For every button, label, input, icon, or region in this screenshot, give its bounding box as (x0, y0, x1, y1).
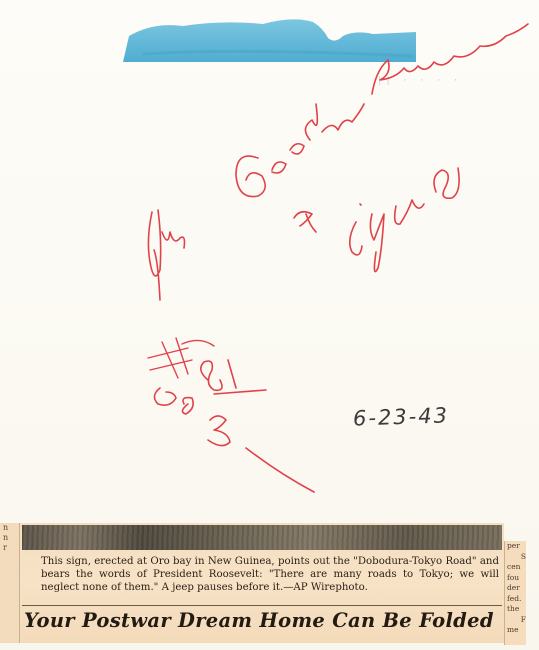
caption-text: This sign, erected at Oro bay in New Gui… (23, 555, 499, 594)
column-fragment: me (507, 625, 526, 636)
column-fragment: fed. (507, 594, 526, 605)
column-fragment: n (3, 533, 19, 543)
red-pencil-annotations (0, 0, 539, 520)
column-fragment: der (507, 583, 526, 594)
column-fragment: the (507, 604, 526, 615)
column-fragment: S (507, 552, 526, 563)
clipping-headline: Your Postwar Dream Home Can Be Folded (24, 609, 500, 632)
column-fragment: F (507, 615, 526, 626)
clipping-divider (22, 605, 502, 606)
column-fragment: r (3, 543, 19, 553)
clipping-photo-strip (22, 525, 502, 550)
clipping-caption: This sign, erected at Oro bay in New Gui… (23, 555, 499, 594)
column-fragment: n (3, 523, 19, 533)
photo-back: || · · · · 6-23-43 (0, 0, 539, 650)
column-fragment: fou (507, 573, 526, 584)
newspaper-clipping: This sign, erected at Oro bay in New Gui… (20, 523, 504, 643)
clipping-right-column: per S cen fou der fed. the F me (504, 541, 526, 645)
column-fragment: per (507, 541, 526, 552)
column-fragment: cen (507, 562, 526, 573)
clipping-left-column: n n r (0, 523, 20, 643)
pencil-date: 6-23-43 (353, 403, 450, 430)
